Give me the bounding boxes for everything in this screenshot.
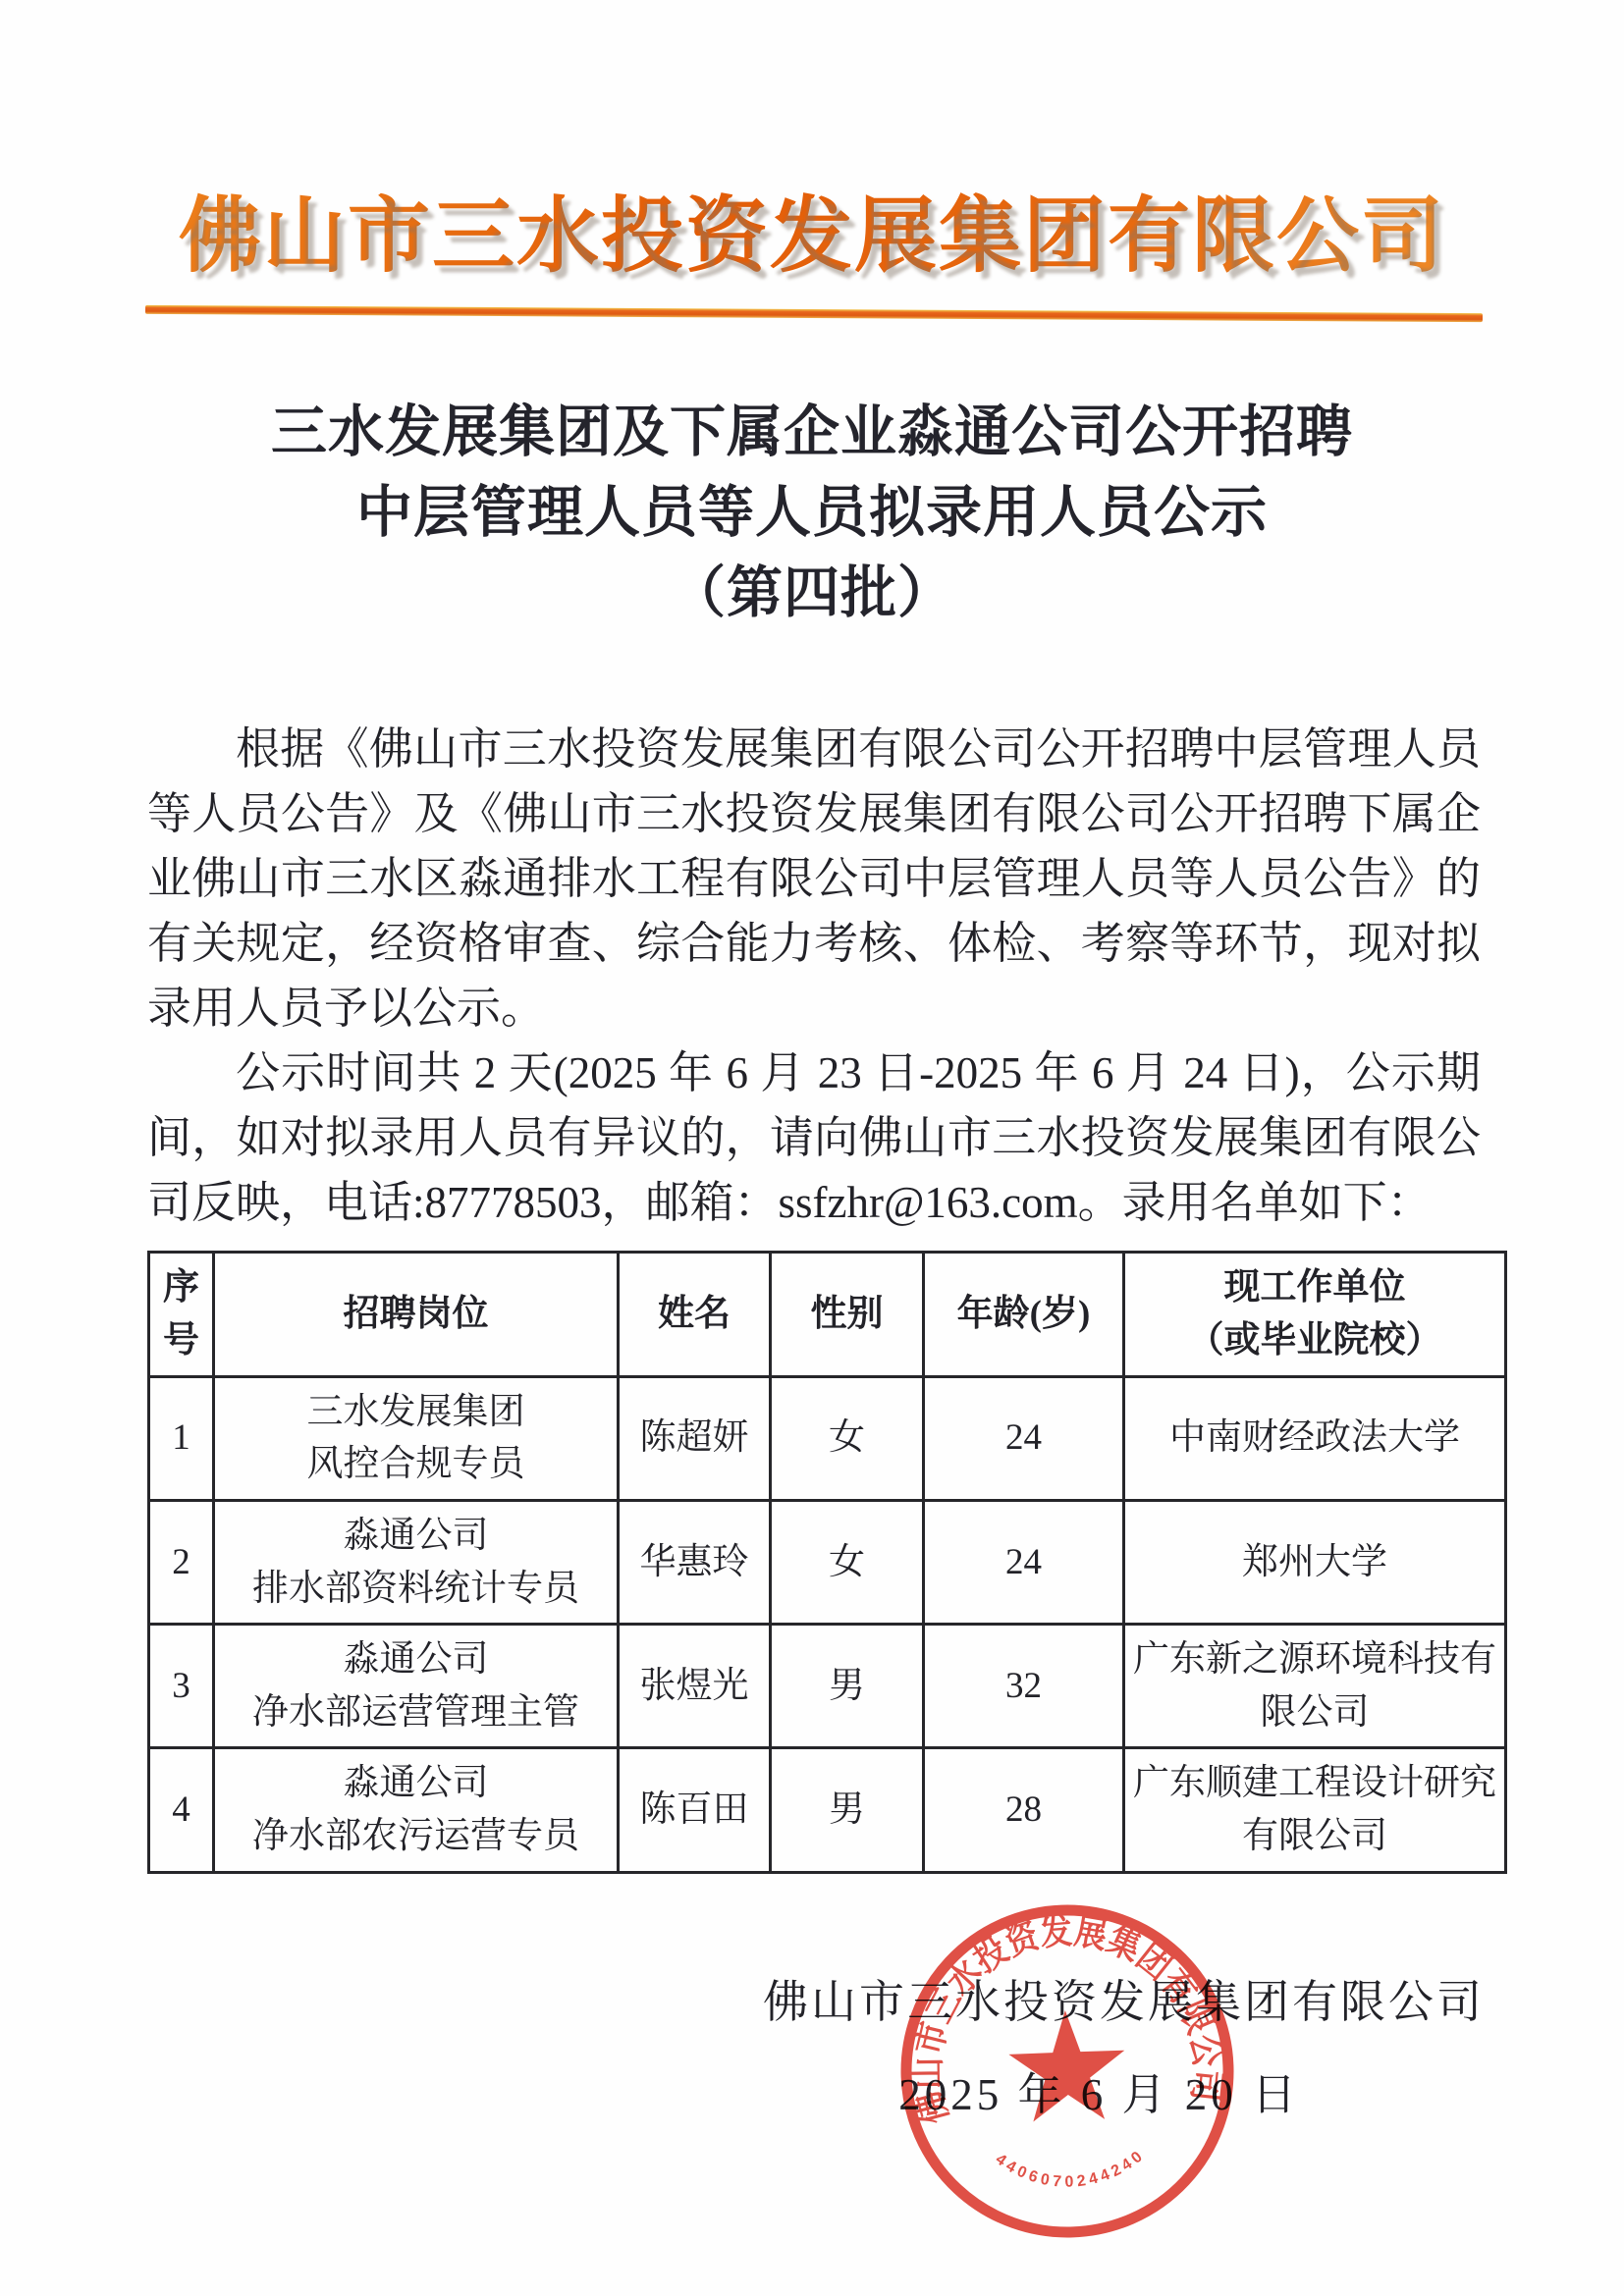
position-line1: 三水发展集团 [307,1392,525,1432]
signature-company: 佛山市三水投资发展集团有限公司 [0,1966,1624,2031]
position-line2: 净水部运营管理主管 [252,1692,579,1733]
col-header-unit-line1: 现工作单位 [1224,1267,1406,1308]
document-body: 根据《佛山市三水投资发展集团有限公司公开招聘中层管理人员等人员公告》及《佛山市三… [147,717,1481,1235]
col-header-unit-line2: （或毕业院校） [1188,1320,1442,1361]
cell-gender: 女 [771,1376,924,1500]
document-title: 三水发展集团及下属企业淼通公司公开招聘 中层管理人员等人员拟录用人员公示 （第四… [0,393,1624,634]
paragraph-basis: 根据《佛山市三水投资发展集团有限公司公开招聘中层管理人员等人员公告》及《佛山市三… [147,717,1481,1041]
table-row: 1 三水发展集团 风控合规专员 陈超妍 女 24 中南财经政法大学 [149,1376,1506,1500]
cell-name: 张煜光 [619,1625,771,1748]
cell-position: 淼通公司 净水部农污运营专员 [214,1748,619,1872]
cell-unit: 广东顺建工程设计研究有限公司 [1124,1748,1506,1872]
col-header-name: 姓名 [619,1252,771,1376]
document-title-line3: （第四批） [0,554,1624,634]
letterhead-company-name: 佛山市三水投资发展集团有限公司 [0,0,1624,284]
cell-gender: 女 [771,1500,924,1624]
cell-unit: 中南财经政法大学 [1124,1376,1506,1500]
col-header-position: 招聘岗位 [214,1252,619,1376]
document-title-line1: 三水发展集团及下属企业淼通公司公开招聘 [0,393,1624,473]
position-line1: 淼通公司 [344,1639,489,1680]
position-line2: 风控合规专员 [307,1444,525,1484]
cell-position: 淼通公司 排水部资料统计专员 [214,1500,619,1624]
position-line2: 排水部资料统计专员 [252,1569,579,1609]
col-header-unit: 现工作单位 （或毕业院校） [1124,1252,1506,1376]
proposed-hires-table: 序号 招聘岗位 姓名 性别 年龄(岁) 现工作单位 （或毕业院校） 1 三水发展… [147,1251,1507,1874]
table-row: 2 淼通公司 排水部资料统计专员 华惠玲 女 24 郑州大学 [149,1500,1506,1624]
col-header-no: 序号 [149,1252,214,1376]
cell-age: 32 [924,1625,1124,1748]
cell-gender: 男 [771,1748,924,1872]
seal-code-text: 4406070244240 [992,2146,1150,2193]
cell-position: 淼通公司 净水部运营管理主管 [214,1625,619,1748]
cell-no: 1 [149,1376,214,1500]
cell-name: 陈超妍 [619,1376,771,1500]
cell-name: 华惠玲 [619,1500,771,1624]
document-page: 佛山市三水投资发展集团有限公司 三水发展集团及下属企业淼通公司公开招聘 中层管理… [0,0,1624,2296]
cell-position: 三水发展集团 风控合规专员 [214,1376,619,1500]
position-line1: 淼通公司 [344,1516,489,1556]
cell-no: 3 [149,1625,214,1748]
official-red-seal-stamp: 佛山市三水投资发展集团有限公司 4406070244240 [893,1896,1242,2246]
position-line1: 淼通公司 [344,1763,489,1803]
cell-unit: 郑州大学 [1124,1500,1506,1624]
signature-date: 2025 年 6 月 20 日 [0,2058,1624,2122]
cell-age: 28 [924,1748,1124,1872]
cell-no: 4 [149,1748,214,1872]
paragraph-publicity-period: 公示时间共 2 天(2025 年 6 月 23 日-2025 年 6 月 24 … [147,1041,1481,1235]
document-title-line2: 中层管理人员等人员拟录用人员公示 [0,473,1624,554]
table-row: 3 淼通公司 净水部运营管理主管 张煜光 男 32 广东新之源环境科技有限公司 [149,1625,1506,1748]
cell-name: 陈百田 [619,1748,771,1872]
star-icon [1007,2008,1127,2122]
col-header-gender: 性别 [771,1252,924,1376]
cell-unit: 广东新之源环境科技有限公司 [1124,1625,1506,1748]
cell-age: 24 [924,1376,1124,1500]
cell-no: 2 [149,1500,214,1624]
table-header-row: 序号 招聘岗位 姓名 性别 年龄(岁) 现工作单位 （或毕业院校） [149,1252,1506,1376]
table-row: 4 淼通公司 净水部农污运营专员 陈百田 男 28 广东顺建工程设计研究有限公司 [149,1748,1506,1872]
position-line2: 净水部农污运营专员 [252,1816,579,1856]
cell-age: 24 [924,1500,1124,1624]
cell-gender: 男 [771,1625,924,1748]
col-header-age: 年龄(岁) [924,1252,1124,1376]
letterhead-divider [145,304,1483,321]
